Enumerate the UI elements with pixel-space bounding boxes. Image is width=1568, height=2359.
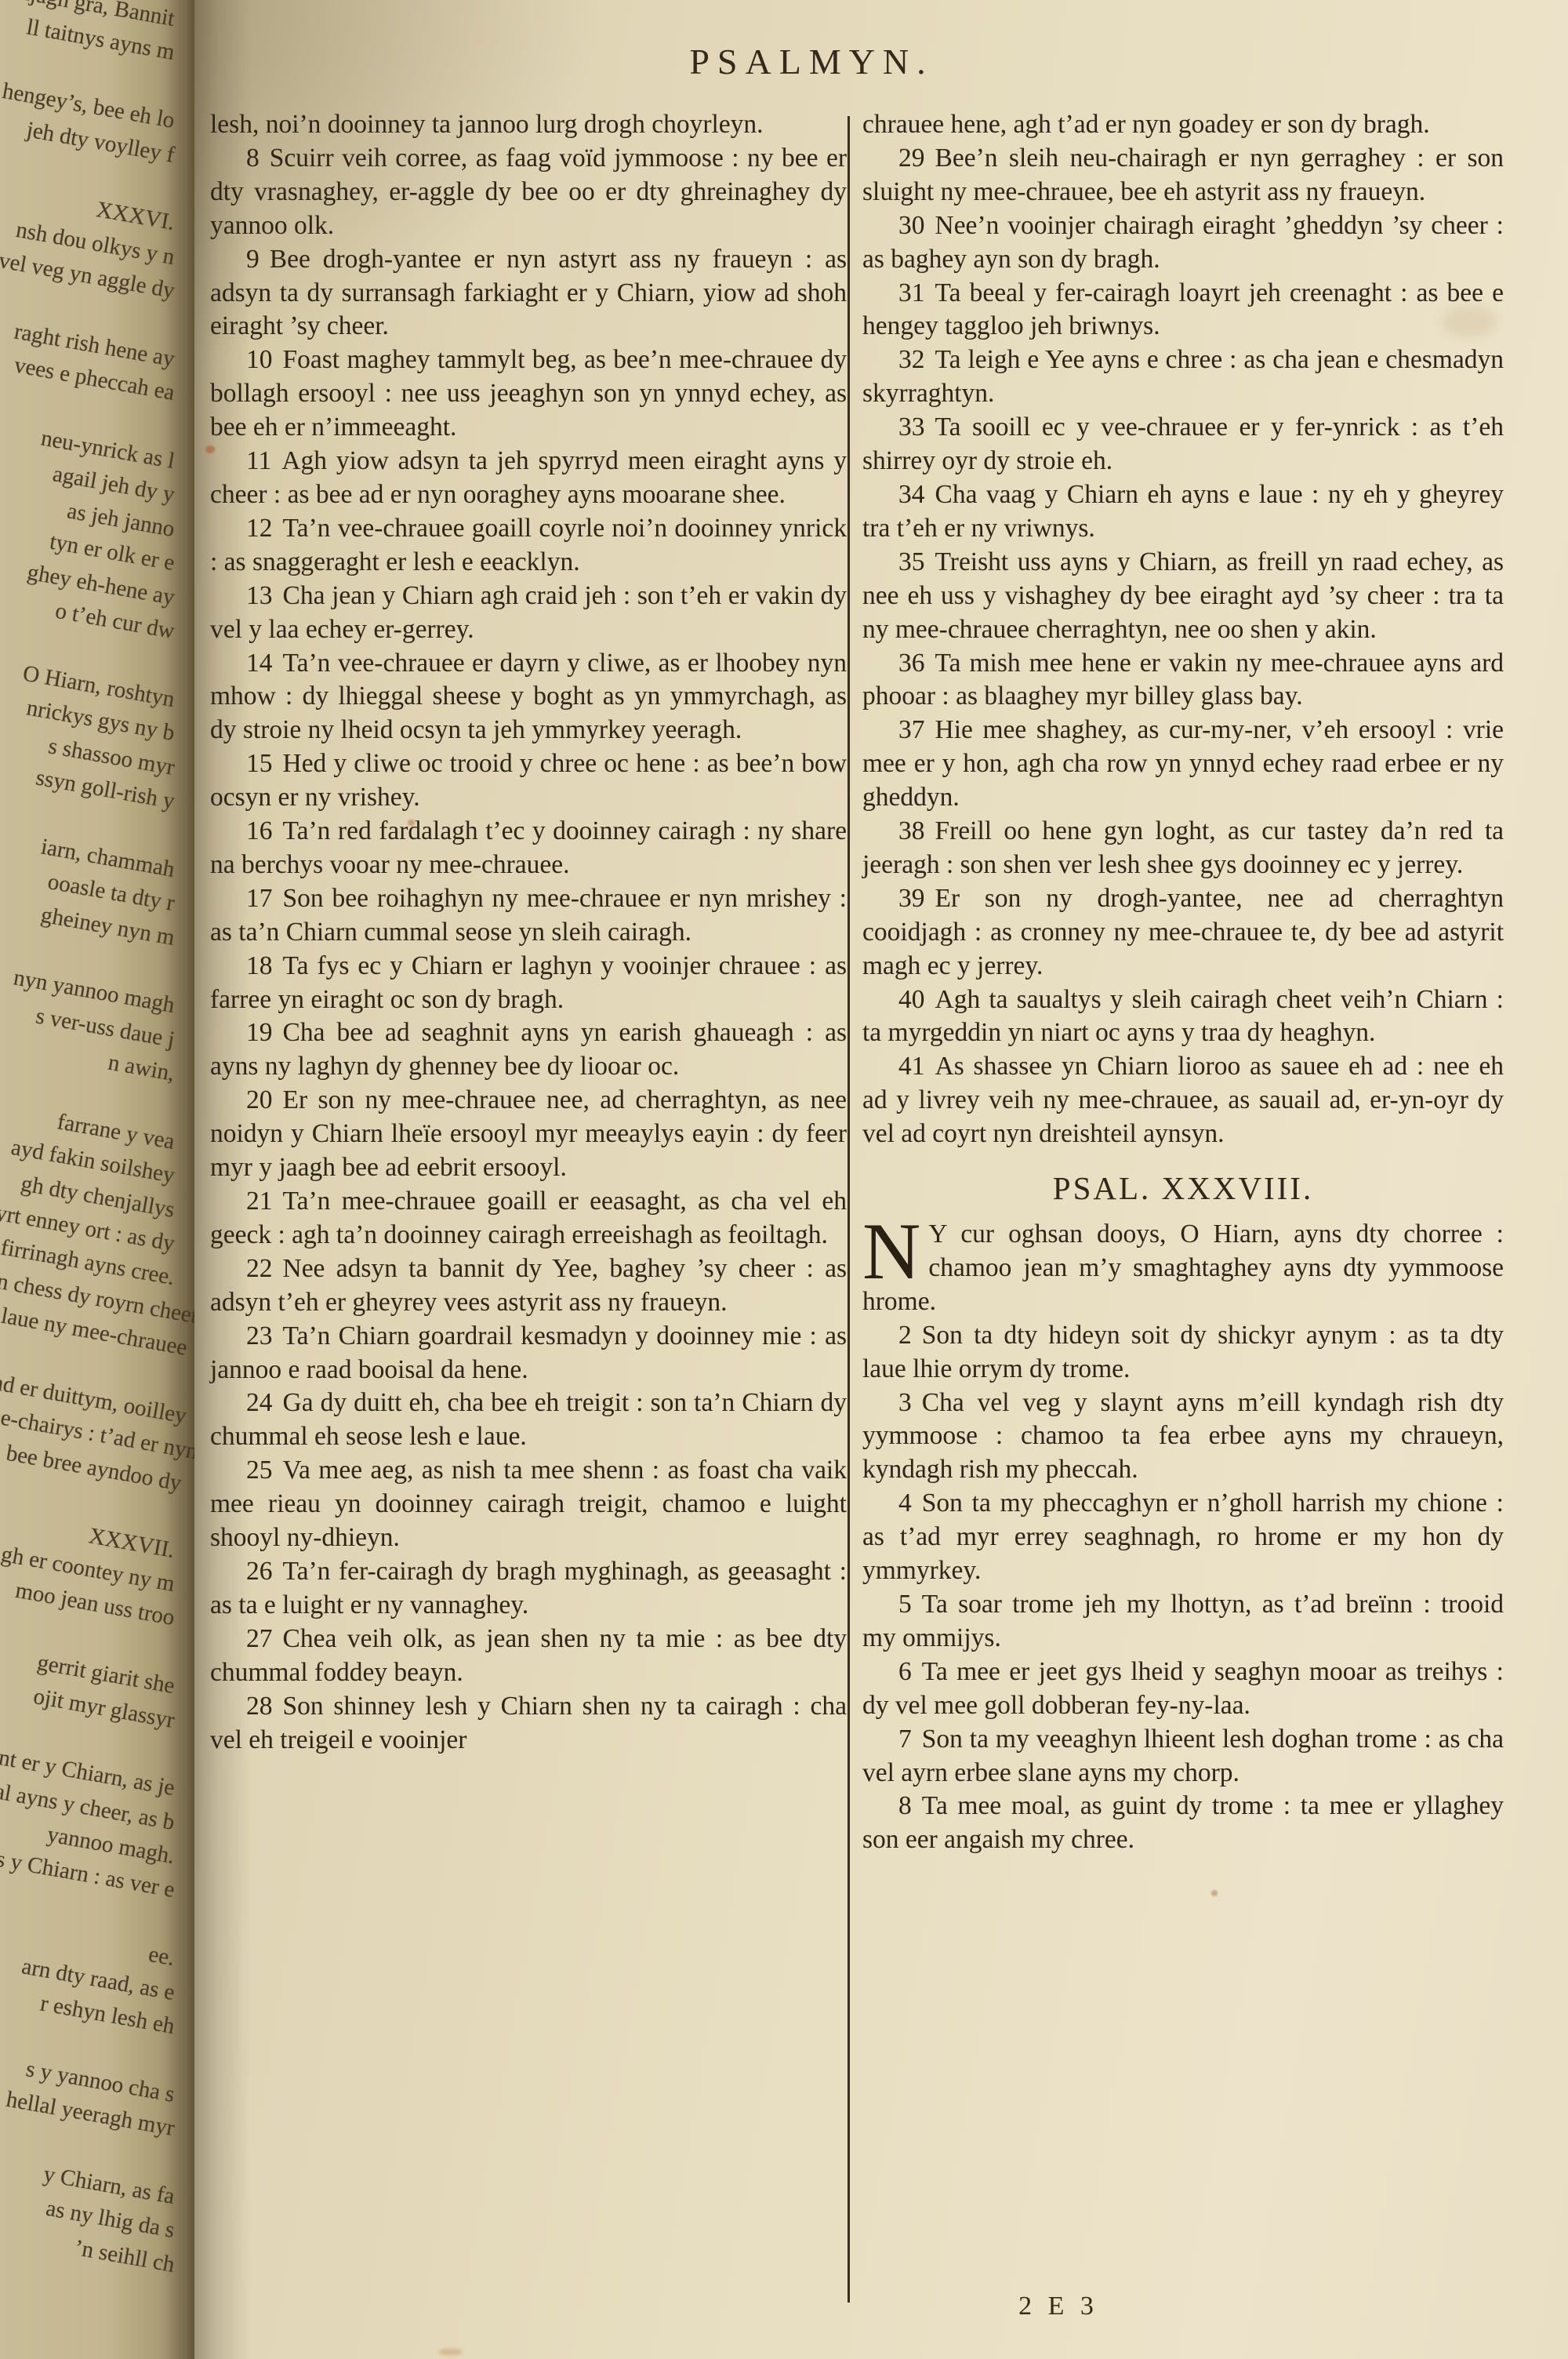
verse-text: Son ta my pheccaghyn er n’gholl harrish … bbox=[862, 1488, 1504, 1585]
book-page-photo: { "page": { "title": "PSALMYN.", "signat… bbox=[0, 0, 1568, 2359]
verse-paragraph: 38Freill oo hene gyn loght, as cur taste… bbox=[862, 815, 1504, 882]
verse-paragraph: 5Ta soar trome jeh my lhottyn, as t’ad b… bbox=[862, 1588, 1504, 1656]
verse-paragraph: 6Ta mee er jeet gys lheid y seaghyn mooa… bbox=[862, 1656, 1504, 1723]
verse-number: 20 bbox=[246, 1085, 273, 1114]
signature-mark: 2 E 3 bbox=[933, 2292, 1184, 2321]
continuation-paragraph: lesh, noi’n dooinney ta jannoo lurg drog… bbox=[210, 108, 847, 142]
verse-text: Ta soar trome jeh my lhottyn, as t’ad br… bbox=[862, 1590, 1504, 1652]
verse-paragraph: 27Chea veih olk, as jean shen ny ta mie … bbox=[210, 1623, 847, 1690]
verse-number: 22 bbox=[246, 1254, 273, 1283]
verse-number: 40 bbox=[898, 985, 925, 1014]
text-column-left: lesh, noi’n dooinney ta jannoo lurg drog… bbox=[210, 108, 847, 1757]
verse-paragraph: 34Cha vaag y Chiarn eh ayns e laue : ny … bbox=[862, 478, 1504, 546]
verse-number: 38 bbox=[898, 816, 925, 845]
verse-paragraph: 7Son ta my veeaghyn lhieent lesh doghan … bbox=[862, 1723, 1504, 1790]
psalm-first-verse: NY cur oghsan dooys, O Hiarn, ayns dty c… bbox=[862, 1218, 1504, 1319]
verse-text: Chea veih olk, as jean shen ny ta mie : … bbox=[210, 1624, 847, 1687]
verse-number: 35 bbox=[898, 547, 925, 576]
verse-number: 36 bbox=[898, 649, 925, 678]
verse-text: Scuirr veih corree, as faag voïd jymmoos… bbox=[210, 144, 847, 240]
verse-paragraph: 39Er son ny drogh-yantee, nee ad cherrag… bbox=[862, 882, 1504, 983]
verse-list-psalm38: 2Son ta dty hideyn soit dy shickyr aynym… bbox=[862, 1319, 1504, 1858]
column-rule bbox=[848, 116, 850, 2303]
verse-number: 21 bbox=[246, 1187, 273, 1216]
page-title: PSALMYN. bbox=[486, 41, 1137, 82]
verse-paragraph: 13Cha jean y Chiarn agh craid jeh : son … bbox=[210, 580, 847, 647]
verse-text: Y cur oghsan dooys, O Hiarn, ayns dty ch… bbox=[862, 1219, 1504, 1316]
verse-paragraph: 23Ta’n Chiarn goardrail kesmadyn y dooin… bbox=[210, 1320, 847, 1387]
verse-text: Ta’n mee-chrauee goaill er eeasaght, as … bbox=[210, 1187, 847, 1249]
verse-number: 7 bbox=[898, 1725, 912, 1754]
verse-paragraph: 31Ta beeal y fer-cairagh loayrt jeh cree… bbox=[862, 277, 1504, 344]
verse-text: Cha bee ad seaghnit ayns yn earish ghaue… bbox=[210, 1018, 847, 1081]
verse-paragraph: 22Nee adsyn ta bannit dy Yee, baghey ’sy… bbox=[210, 1252, 847, 1320]
text-column-right: chrauee hene, agh t’ad er nyn goadey er … bbox=[862, 108, 1504, 1857]
verse-paragraph: 3Cha vel veg y slaynt ayns m’eill kyndag… bbox=[862, 1387, 1504, 1488]
verse-text: Son shinney lesh y Chiarn shen ny ta cai… bbox=[210, 1692, 847, 1754]
psalm-heading: PSAL. XXXVIII. bbox=[862, 1172, 1504, 1205]
verse-paragraph: 33Ta sooill ec y vee-chrauee er y fer-yn… bbox=[862, 411, 1504, 478]
verse-number: 24 bbox=[246, 1388, 273, 1417]
verse-list-right: 29Bee’n sleih neu-chairagh er nyn gerrag… bbox=[862, 142, 1504, 1151]
verse-number: 32 bbox=[898, 345, 925, 374]
verse-number: 30 bbox=[898, 211, 925, 240]
verse-text: Hed y cliwe oc trooid y chree oc hene : … bbox=[210, 749, 847, 812]
verse-paragraph: 20Er son ny mee-chrauee nee, ad cherragh… bbox=[210, 1084, 847, 1185]
verse-number: 17 bbox=[246, 884, 273, 913]
verse-text: Ta’n vee-chrauee er dayrn y cliwe, as er… bbox=[210, 649, 847, 745]
verse-paragraph: 4Son ta my pheccaghyn er n’gholl harrish… bbox=[862, 1487, 1504, 1588]
verse-number: 4 bbox=[898, 1488, 912, 1518]
verse-paragraph: 35Treisht uss ayns y Chiarn, as freill y… bbox=[862, 546, 1504, 647]
verse-paragraph: 25Va mee aeg, as nish ta mee shenn : as … bbox=[210, 1454, 847, 1555]
verse-number: 18 bbox=[246, 951, 273, 980]
verse-number: 15 bbox=[246, 749, 273, 778]
verse-text: Ta beeal y fer-cairagh loayrt jeh creena… bbox=[862, 278, 1504, 341]
verse-text: Ta sooill ec y vee-chrauee er y fer-ynri… bbox=[862, 413, 1504, 475]
foxing-stain bbox=[439, 2349, 463, 2355]
verse-number: 26 bbox=[246, 1557, 273, 1586]
verse-text: Ta’n Chiarn goardrail kesmadyn y dooinne… bbox=[210, 1321, 847, 1384]
verse-text: Ta’n red fardalagh t’ec y dooinney caira… bbox=[210, 816, 847, 879]
verse-paragraph: 26Ta’n fer-cairagh dy bragh myghinagh, a… bbox=[210, 1555, 847, 1623]
verse-number: 31 bbox=[898, 278, 925, 307]
verse-paragraph: 8Scuirr veih corree, as faag voïd jymmoo… bbox=[210, 142, 847, 243]
verse-paragraph: 17Son bee roihaghyn ny mee-chrauee er ny… bbox=[210, 882, 847, 950]
margin-fragment-list: injagh gra, Bannit ll taitnys ayns m hen… bbox=[0, 5, 187, 2284]
verse-text: Ta mish mee hene er vakin ny mee-chrauee… bbox=[862, 649, 1504, 711]
verse-number: 14 bbox=[246, 649, 273, 678]
verse-paragraph: 37Hie mee shaghey, as cur-my-ner, v’eh e… bbox=[862, 714, 1504, 815]
verse-paragraph: 19Cha bee ad seaghnit ayns yn earish gha… bbox=[210, 1016, 847, 1084]
verse-text: Cha vaag y Chiarn eh ayns e laue : ny eh… bbox=[862, 480, 1504, 543]
verse-text: Ta fys ec y Chiarn er laghyn y vooinjer … bbox=[210, 951, 847, 1014]
verse-paragraph: 18Ta fys ec y Chiarn er laghyn y vooinje… bbox=[210, 950, 847, 1017]
verse-text: Treisht uss ayns y Chiarn, as freill yn … bbox=[862, 547, 1504, 644]
continuation-paragraph: chrauee hene, agh t’ad er nyn goadey er … bbox=[862, 108, 1504, 142]
verse-number: 13 bbox=[246, 581, 273, 610]
verse-paragraph: 28Son shinney lesh y Chiarn shen ny ta c… bbox=[210, 1690, 847, 1757]
verse-number: 29 bbox=[898, 144, 925, 173]
verse-number: 23 bbox=[246, 1321, 273, 1350]
verse-paragraph: 24Ga dy duitt eh, cha bee eh treigit : s… bbox=[210, 1387, 847, 1454]
verse-number: 9 bbox=[246, 245, 260, 274]
verse-text: Bee drogh-yantee er nyn astyrt ass ny fr… bbox=[210, 245, 847, 341]
verse-list-left: 8Scuirr veih corree, as faag voïd jymmoo… bbox=[210, 142, 847, 1757]
verse-number: 8 bbox=[246, 144, 260, 173]
verse-text: Nee’n vooinjer chairagh eiraght ’gheddyn… bbox=[862, 211, 1504, 274]
verse-number: 3 bbox=[898, 1388, 912, 1417]
verse-text: Son ta my veeaghyn lhieent lesh doghan t… bbox=[862, 1725, 1504, 1787]
foxing-stain bbox=[1211, 1890, 1218, 1896]
verse-number: 12 bbox=[246, 514, 273, 543]
verse-paragraph: 2Son ta dty hideyn soit dy shickyr aynym… bbox=[862, 1319, 1504, 1387]
verse-number: 11 bbox=[246, 446, 271, 475]
drop-cap: N bbox=[862, 1219, 920, 1284]
verse-paragraph: 40Agh ta saualtys y sleih cairagh cheet … bbox=[862, 983, 1504, 1051]
verse-text: Nee adsyn ta bannit dy Yee, baghey ’sy c… bbox=[210, 1254, 847, 1317]
verse-number: 25 bbox=[246, 1456, 273, 1485]
verse-text: Er son ny drogh-yantee, nee ad cherraght… bbox=[862, 884, 1504, 980]
verse-number: 39 bbox=[898, 884, 925, 913]
verse-number: 28 bbox=[246, 1692, 273, 1721]
verse-text: Ga dy duitt eh, cha bee eh treigit : son… bbox=[210, 1388, 847, 1451]
verse-text: Son bee roihaghyn ny mee-chrauee er nyn … bbox=[210, 884, 847, 947]
verse-number: 27 bbox=[246, 1624, 273, 1653]
verse-text: Agh yiow adsyn ta jeh spyrryd meen eirag… bbox=[210, 446, 847, 509]
verse-number: 6 bbox=[898, 1657, 912, 1686]
previous-page-edge: injagh gra, Bannit ll taitnys ayns m hen… bbox=[0, 0, 194, 2359]
verse-number: 5 bbox=[898, 1590, 912, 1619]
verse-text: Hie mee shaghey, as cur-my-ner, v’eh ers… bbox=[862, 715, 1504, 812]
verse-text: Freill oo hene gyn loght, as cur tastey … bbox=[862, 816, 1504, 879]
verse-number: 41 bbox=[898, 1052, 925, 1081]
verse-paragraph: 8Ta mee moal, as guint dy trome : ta mee… bbox=[862, 1790, 1504, 1857]
verse-number: 8 bbox=[898, 1791, 912, 1820]
verse-number: 37 bbox=[898, 715, 925, 744]
verse-text: Agh ta saualtys y sleih cairagh cheet ve… bbox=[862, 985, 1504, 1048]
verse-text: Er son ny mee-chrauee nee, ad cherraghty… bbox=[210, 1085, 847, 1182]
verse-text: Cha vel veg y slaynt ayns m’eill kyndagh… bbox=[862, 1388, 1504, 1485]
verse-text: Foast maghey tammylt beg, as bee’n mee-c… bbox=[210, 345, 847, 442]
verse-text: Va mee aeg, as nish ta mee shenn : as fo… bbox=[210, 1456, 847, 1552]
verse-number: 19 bbox=[246, 1018, 273, 1047]
verse-text: Ta leigh e Yee ayns e chree : as cha jea… bbox=[862, 345, 1504, 408]
verse-paragraph: 36Ta mish mee hene er vakin ny mee-chrau… bbox=[862, 647, 1504, 714]
verse-number: 34 bbox=[898, 480, 925, 509]
verse-paragraph: 32Ta leigh e Yee ayns e chree : as cha j… bbox=[862, 343, 1504, 411]
verse-paragraph: 15Hed y cliwe oc trooid y chree oc hene … bbox=[210, 747, 847, 815]
verse-number: 33 bbox=[898, 413, 925, 442]
verse-paragraph: 12Ta’n vee-chrauee goaill coyrle noi’n d… bbox=[210, 512, 847, 580]
verse-text: Ta mee moal, as guint dy trome : ta mee … bbox=[862, 1791, 1504, 1854]
verse-paragraph: 30Nee’n vooinjer chairagh eiraght ’ghedd… bbox=[862, 209, 1504, 277]
verse-text: Ta mee er jeet gys lheid y seaghyn mooar… bbox=[862, 1657, 1504, 1720]
verse-paragraph: 14Ta’n vee-chrauee er dayrn y cliwe, as … bbox=[210, 647, 847, 748]
verse-paragraph: 41As shassee yn Chiarn lioroo as sauee e… bbox=[862, 1050, 1504, 1151]
verse-number: 10 bbox=[246, 345, 273, 374]
verse-paragraph: 21Ta’n mee-chrauee goaill er eeasaght, a… bbox=[210, 1185, 847, 1252]
verse-paragraph: 9Bee drogh-yantee er nyn astyrt ass ny f… bbox=[210, 243, 847, 344]
verse-text: Bee’n sleih neu-chairagh er nyn gerraghe… bbox=[862, 144, 1504, 206]
verse-paragraph: 10Foast maghey tammylt beg, as bee’n mee… bbox=[210, 343, 847, 445]
verse-text: Ta’n vee-chrauee goaill coyrle noi’n doo… bbox=[210, 514, 847, 576]
verse-text: Ta’n fer-cairagh dy bragh myghinagh, as … bbox=[210, 1557, 847, 1619]
verse-text: As shassee yn Chiarn lioroo as sauee eh … bbox=[862, 1052, 1504, 1148]
verse-text: Son ta dty hideyn soit dy shickyr aynym … bbox=[862, 1321, 1504, 1383]
verse-number: 16 bbox=[246, 816, 273, 845]
verse-text: Cha jean y Chiarn agh craid jeh : son t’… bbox=[210, 581, 847, 644]
verse-paragraph: 11Agh yiow adsyn ta jeh spyrryd meen eir… bbox=[210, 445, 847, 512]
verse-number: 2 bbox=[898, 1321, 912, 1350]
verse-paragraph: 16Ta’n red fardalagh t’ec y dooinney cai… bbox=[210, 815, 847, 882]
verse-paragraph: 29Bee’n sleih neu-chairagh er nyn gerrag… bbox=[862, 142, 1504, 209]
